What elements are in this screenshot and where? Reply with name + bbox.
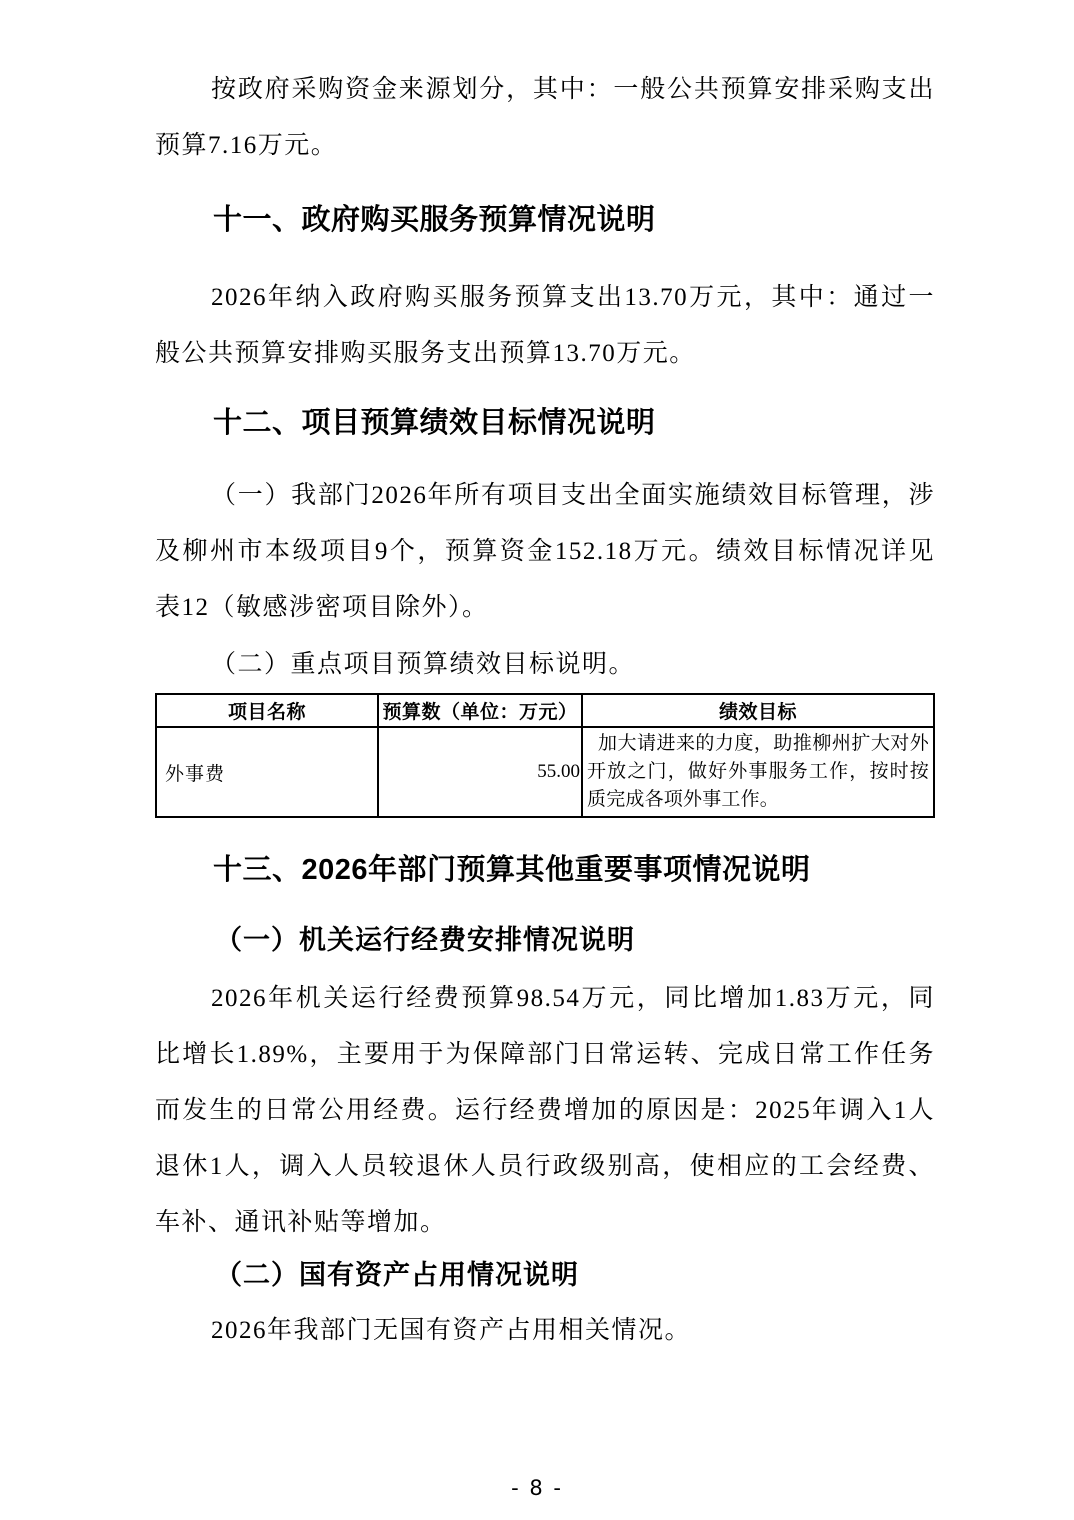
column-header-performance-target: 绩效目标 bbox=[582, 694, 934, 727]
table-row: 外事费 55.00 加大请进来的力度，助推柳州扩大对外开放之门，做好外事服务工作… bbox=[156, 727, 934, 817]
paragraph-procurement-source: 按政府采购资金来源划分，其中：一般公共预算安排采购支出预算7.16万元。 bbox=[155, 62, 935, 174]
table-header-row: 项目名称 预算数（单位：万元） 绩效目标 bbox=[156, 694, 934, 727]
paragraph-state-assets: 2026年我部门无国有资产占用相关情况。 bbox=[155, 1303, 935, 1359]
page-number: - 8 - bbox=[0, 1476, 1074, 1500]
paragraph-operating-funds: 2026年机关运行经费预算98.54万元，同比增加1.83万元，同比增长1.89… bbox=[155, 971, 935, 1251]
paragraph-section-11: 2026年纳入政府购买服务预算支出13.70万元，其中：通过一般公共预算安排购买… bbox=[155, 270, 935, 382]
paragraph-section-12-item-1: （一）我部门2026年所有项目支出全面实施绩效目标管理，涉及柳州市本级项目9个，… bbox=[155, 468, 935, 636]
subheading-13-2-state-assets: （二）国有资产占用情况说明 bbox=[155, 1247, 935, 1303]
cell-performance-target: 加大请进来的力度，助推柳州扩大对外开放之门，做好外事服务工作，按时按质完成各项外… bbox=[582, 727, 934, 817]
performance-target-table: 项目名称 预算数（单位：万元） 绩效目标 外事费 55.00 加大请进来的力度，… bbox=[155, 693, 935, 818]
column-header-project-name: 项目名称 bbox=[156, 694, 378, 727]
paragraph-section-12-item-2: （二）重点项目预算绩效目标说明。 bbox=[155, 637, 935, 693]
document-page: 按政府采购资金来源划分，其中：一般公共预算安排采购支出预算7.16万元。 十一、… bbox=[0, 0, 1074, 1520]
column-header-budget-amount: 预算数（单位：万元） bbox=[378, 694, 582, 727]
heading-section-13: 十三、2026年部门预算其他重要事项情况说明 bbox=[155, 842, 935, 898]
cell-budget-amount: 55.00 bbox=[378, 727, 582, 817]
heading-section-11: 十一、政府购买服务预算情况说明 bbox=[155, 192, 935, 248]
cell-project-name: 外事费 bbox=[156, 727, 378, 817]
heading-section-12: 十二、项目预算绩效目标情况说明 bbox=[155, 395, 935, 451]
subheading-13-1-operating-funds: （一）机关运行经费安排情况说明 bbox=[155, 912, 935, 968]
